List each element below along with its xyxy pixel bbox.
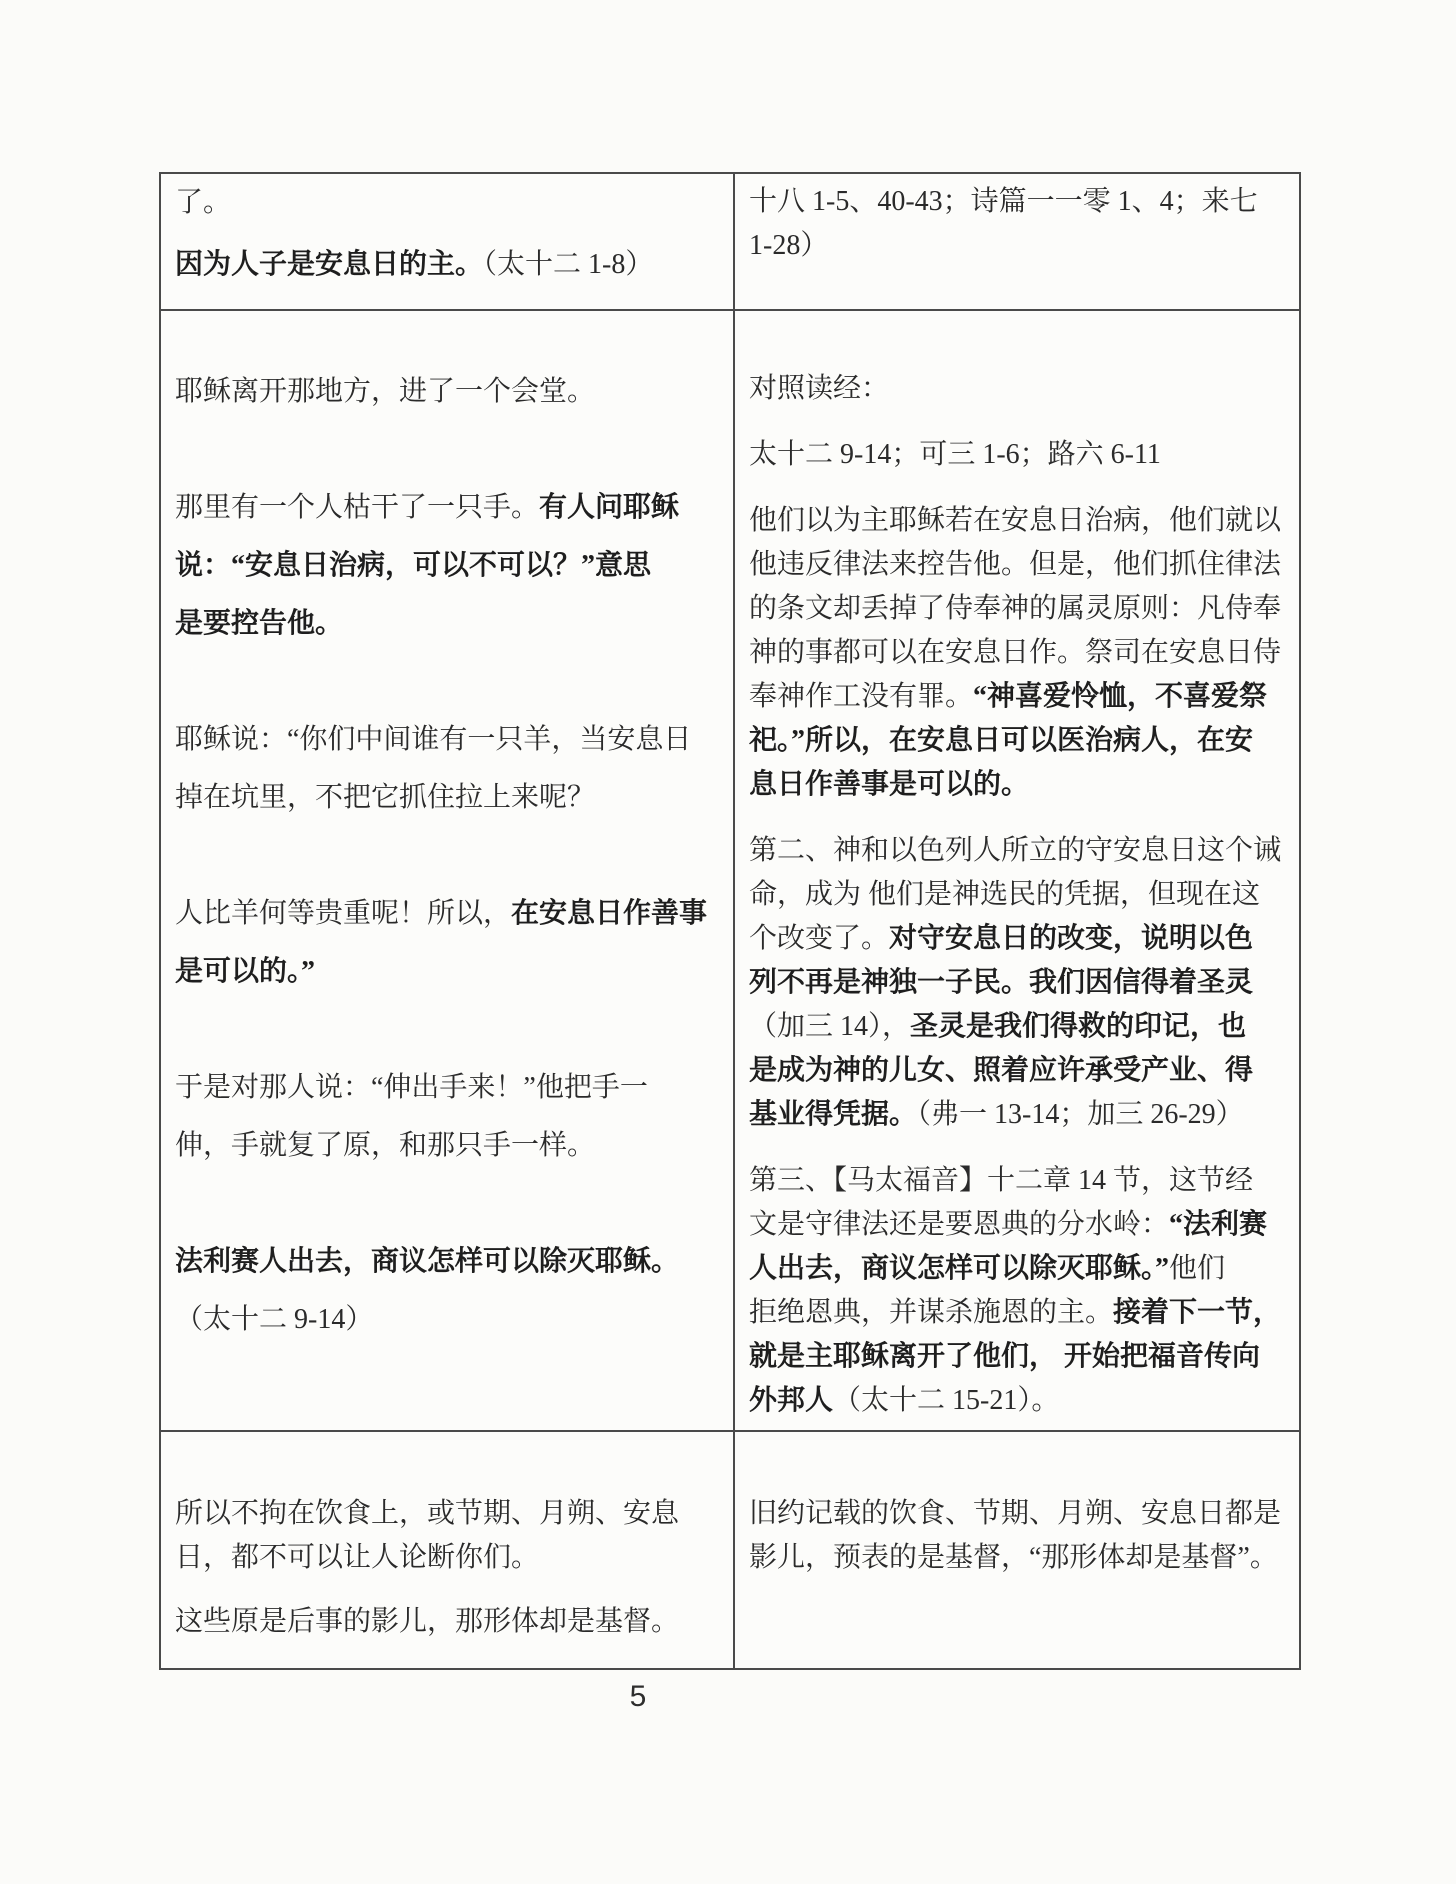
- table-cell-right: 对照读经：太十二 9-14；可三 1-6；路六 6-11他们以为主耶稣若在安息日…: [735, 311, 1299, 1430]
- scanned-page: 了。因为人子是安息日的主。（太十二 1-8）十八 1-5、40-43；诗篇一一零…: [0, 0, 1456, 1884]
- paragraph: 人比羊何等贵重呢！所以，在安息日作善事 是可以的。”: [175, 885, 719, 1001]
- table-row: 耶稣离开那地方，进了一个会堂。那里有一个人枯干了一只手。有人问耶稣 说：“安息日…: [161, 311, 1299, 1432]
- text-run: 于是对那人说：“伸出手来！”他把手一 伸，手就复了原，和那只手一样。: [175, 1072, 648, 1161]
- text-run: 了。: [175, 187, 231, 218]
- paragraph: 了。: [175, 176, 719, 230]
- paragraph: 法利赛人出去，商议怎样可以除灭耶稣。 （太十二 9-14）: [175, 1233, 719, 1349]
- text-run: 对照读经：: [749, 373, 889, 404]
- text-run: （太十二 9-14）: [175, 1304, 373, 1335]
- paragraph: 第二、神和以色列人所立的守安息日这个诫 命，成为 他们是神选民的凭据，但现在这 …: [749, 829, 1287, 1137]
- paragraph: 耶稣说：“你们中间谁有一只羊，当安息日 掉在坑里，不把它抓住拉上来呢？: [175, 711, 719, 827]
- paragraph: 他们以为主耶稣若在安息日治病，他们就以 他违反律法来控告他。但是，他们抓住律法 …: [749, 499, 1287, 807]
- table-cell-left: 所以不拘在饮食上，或节期、月朔、安息 日，都不可以让人论断你们。这些原是后事的影…: [161, 1432, 735, 1668]
- paragraph: 耶稣离开那地方，进了一个会堂。: [175, 363, 719, 421]
- table-row: 所以不拘在饮食上，或节期、月朔、安息 日，都不可以让人论断你们。这些原是后事的影…: [161, 1432, 1299, 1668]
- text-run: 人比羊何等贵重呢！所以，: [175, 898, 511, 929]
- paragraph: 第三、【马太福音】十二章 14 节，这节经 文是守律法还是要恩典的分水岭：“法利…: [749, 1159, 1287, 1423]
- paragraph: 所以不拘在饮食上，或节期、月朔、安息 日，都不可以让人论断你们。: [175, 1492, 721, 1580]
- paragraph: 对照读经：: [749, 367, 1287, 411]
- text-run: 这些原是后事的影儿，那形体却是基督。: [175, 1606, 679, 1637]
- paragraph: 因为人子是安息日的主。（太十二 1-8）: [175, 238, 719, 292]
- text-run: （加三 14），: [749, 1011, 910, 1042]
- paragraph: 太十二 9-14；可三 1-6；路六 6-11: [749, 433, 1287, 477]
- text-run: 十八 1-5、40-43；诗篇一一零 1、4；来七 1-28）: [749, 186, 1258, 261]
- table-cell-left: 耶稣离开那地方，进了一个会堂。那里有一个人枯干了一只手。有人问耶稣 说：“安息日…: [161, 311, 735, 1430]
- text-run: 所以不拘在饮食上，或节期、月朔、安息 日，都不可以让人论断你们。: [175, 1498, 679, 1573]
- paragraph: 旧约记载的饮食、节期、月朔、安息日都是 影儿，预表的是基督，“那形体却是基督”。: [749, 1492, 1287, 1580]
- table-cell-left: 了。因为人子是安息日的主。（太十二 1-8）: [161, 174, 735, 309]
- text-run: （太十二 15-21）。: [833, 1385, 1059, 1416]
- paragraph: 十八 1-5、40-43；诗篇一一零 1、4；来七 1-28）: [749, 180, 1287, 268]
- scripture-comparison-table: 了。因为人子是安息日的主。（太十二 1-8）十八 1-5、40-43；诗篇一一零…: [159, 172, 1301, 1670]
- text-run: （太十二 1-8）: [483, 249, 653, 280]
- text-run: 耶稣离开那地方，进了一个会堂。: [175, 376, 595, 407]
- table-cell-right: 旧约记载的饮食、节期、月朔、安息日都是 影儿，预表的是基督，“那形体却是基督”。: [735, 1432, 1299, 1668]
- text-run: 法利赛人出去，商议怎样可以除灭耶稣。: [175, 1246, 679, 1277]
- page-number: 5: [608, 1678, 668, 1716]
- text-run: 那里有一个人枯干了一只手。: [175, 492, 539, 523]
- table-row: 了。因为人子是安息日的主。（太十二 1-8）十八 1-5、40-43；诗篇一一零…: [161, 174, 1299, 311]
- table-cell-right: 十八 1-5、40-43；诗篇一一零 1、4；来七 1-28）: [735, 174, 1299, 309]
- paragraph: 这些原是后事的影儿，那形体却是基督。: [175, 1600, 721, 1644]
- text-run: 旧约记载的饮食、节期、月朔、安息日都是 影儿，预表的是基督，“那形体却是基督”。: [749, 1498, 1281, 1573]
- text-run: （弗一 13-14；加三 26-29）: [917, 1099, 1244, 1130]
- paragraph: 那里有一个人枯干了一只手。有人问耶稣 说：“安息日治病，可以不可以？”意思 是要…: [175, 479, 719, 653]
- text-run: 因为人子是安息日的主。: [175, 249, 483, 280]
- text-run: 太十二 9-14；可三 1-6；路六 6-11: [749, 439, 1161, 470]
- text-run: 耶稣说：“你们中间谁有一只羊，当安息日 掉在坑里，不把它抓住拉上来呢？: [175, 724, 691, 813]
- paragraph: 于是对那人说：“伸出手来！”他把手一 伸，手就复了原，和那只手一样。: [175, 1059, 719, 1175]
